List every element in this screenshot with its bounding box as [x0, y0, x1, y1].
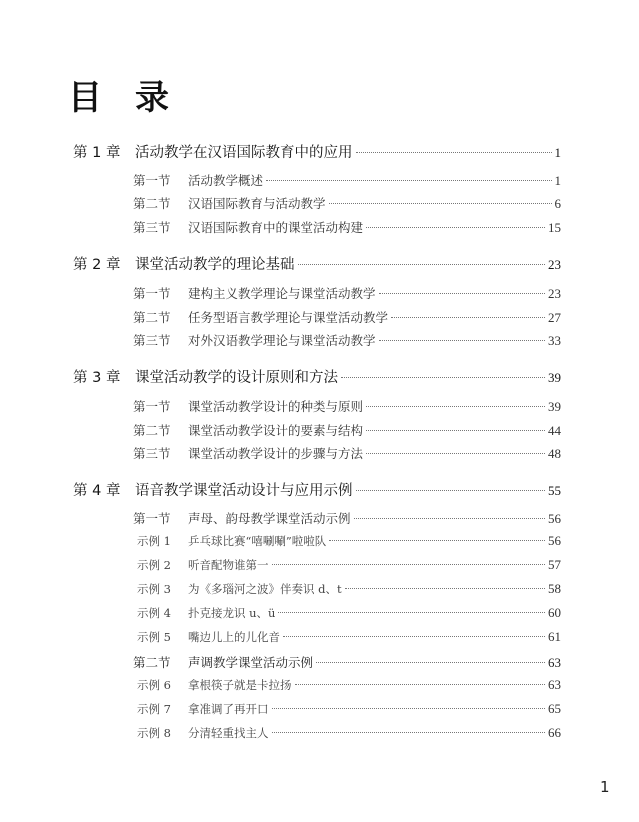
toc-example-entry: 示例 4扑克接龙识 u、ü60	[137, 605, 561, 621]
entry-page-number: 63	[548, 655, 561, 671]
toc-section-entry: 第二节任务型语言教学理论与课堂活动教学27	[133, 308, 561, 326]
entry-title: 课堂活动教学设计的步骤与方法	[188, 444, 363, 462]
entry-page-number: 65	[548, 701, 561, 717]
entry-title: 汉语国际教育中的课堂活动构建	[188, 218, 363, 236]
entry-title: 声母、韵母教学课堂活动示例	[188, 509, 351, 527]
entry-page-number: 66	[548, 725, 561, 741]
entry-page-number: 23	[548, 286, 561, 302]
entry-number: 第三节	[133, 218, 188, 236]
entry-page-number: 58	[548, 581, 561, 597]
entry-page-number: 48	[548, 446, 561, 462]
entry-number: 第 3 章	[73, 366, 135, 387]
toc-section-entry: 第二节汉语国际教育与活动教学6	[133, 194, 561, 212]
title-char-mu: 目	[68, 70, 102, 119]
toc-example-entry: 示例 3为《多瑙河之波》伴奏识 d、t58	[137, 581, 561, 597]
entry-title: 课堂活动教学的理论基础	[135, 253, 295, 274]
entry-number: 示例 7	[137, 701, 188, 717]
dot-leader	[341, 377, 545, 378]
toc-section-entry: 第三节对外汉语教学理论与课堂活动教学33	[133, 331, 561, 349]
toc-example-entry: 示例 6拿根筷子就是卡拉扬63	[137, 677, 561, 693]
toc-section-entry: 第一节活动教学概述1	[133, 171, 561, 189]
dot-leader	[295, 684, 546, 685]
entry-page-number: 55	[548, 483, 561, 499]
entry-title: 语音教学课堂活动设计与应用示例	[135, 479, 353, 500]
entry-number: 示例 5	[137, 629, 188, 645]
entry-number: 第二节	[133, 653, 188, 671]
entry-title: 课堂活动教学设计的种类与原则	[188, 397, 363, 415]
entry-number: 示例 2	[137, 557, 188, 573]
entry-number: 第 1 章	[73, 141, 135, 162]
dot-leader	[345, 588, 545, 589]
dot-leader	[379, 340, 545, 341]
entry-title: 建构主义教学理论与课堂活动教学	[188, 284, 376, 302]
dot-leader	[329, 203, 552, 204]
toc-example-entry: 示例 7拿准调了再开口65	[137, 701, 561, 717]
entry-page-number: 44	[548, 423, 561, 439]
toc-section-entry: 第一节课堂活动教学设计的种类与原则39	[133, 397, 561, 415]
entry-page-number: 39	[548, 370, 561, 386]
entry-title: 活动教学在汉语国际教育中的应用	[135, 141, 353, 162]
entry-number: 第一节	[133, 171, 188, 189]
entry-title: 任务型语言教学理论与课堂活动教学	[188, 308, 388, 326]
entry-number: 第 2 章	[73, 253, 135, 274]
toc-chapter-entry: 第 2 章课堂活动教学的理论基础23	[73, 253, 561, 274]
toc-chapter-entry: 第 3 章课堂活动教学的设计原则和方法39	[73, 366, 561, 387]
entry-page-number: 15	[548, 220, 561, 236]
entry-number: 第二节	[133, 421, 188, 439]
dot-leader	[298, 264, 546, 265]
entry-page-number: 61	[548, 629, 561, 645]
title-char-lu: 录	[135, 70, 169, 119]
entry-title: 对外汉语教学理论与课堂活动教学	[188, 331, 376, 349]
entry-page-number: 56	[548, 511, 561, 527]
entry-page-number: 56	[548, 533, 561, 549]
entry-page-number: 63	[548, 677, 561, 693]
entry-number: 示例 1	[137, 533, 188, 549]
entry-page-number: 1	[555, 145, 562, 161]
entry-number: 第一节	[133, 284, 188, 302]
entry-page-number: 1	[555, 173, 562, 189]
dot-leader	[366, 430, 545, 431]
entry-title: 乒乓球比赛“嘻唰唰”啦啦队	[188, 533, 326, 549]
entry-page-number: 27	[548, 310, 561, 326]
entry-page-number: 23	[548, 257, 561, 273]
entry-page-number: 57	[548, 557, 561, 573]
toc-chapter-entry: 第 1 章活动教学在汉语国际教育中的应用1	[73, 141, 561, 162]
toc-section-entry: 第一节建构主义教学理论与课堂活动教学23	[133, 284, 561, 302]
entry-page-number: 33	[548, 333, 561, 349]
dot-leader	[391, 317, 545, 318]
entry-title: 扑克接龙识 u、ü	[188, 605, 275, 621]
entry-number: 示例 3	[137, 581, 188, 597]
toc-chapter-entry: 第 4 章语音教学课堂活动设计与应用示例55	[73, 479, 561, 500]
dot-leader	[356, 490, 546, 491]
entry-page-number: 60	[548, 605, 561, 621]
dot-leader	[366, 453, 545, 454]
entry-title: 拿根筷子就是卡拉扬	[188, 677, 292, 693]
toc-section-entry: 第二节声调教学课堂活动示例63	[133, 653, 561, 671]
dot-leader	[272, 708, 546, 709]
dot-leader	[329, 540, 545, 541]
toc-section-entry: 第三节汉语国际教育中的课堂活动构建15	[133, 218, 561, 236]
entry-number: 第一节	[133, 509, 188, 527]
entry-page-number: 39	[548, 399, 561, 415]
entry-number: 第二节	[133, 308, 188, 326]
entry-page-number: 6	[555, 196, 562, 212]
entry-title: 为《多瑙河之波》伴奏识 d、t	[188, 581, 342, 597]
toc-example-entry: 示例 5嘴边儿上的儿化音61	[137, 629, 561, 645]
dot-leader	[272, 564, 546, 565]
entry-title: 听音配物谁第一	[188, 557, 269, 573]
entry-title: 分清轻重找主人	[188, 725, 269, 741]
entry-number: 示例 8	[137, 725, 188, 741]
toc-example-entry: 示例 8分清轻重找主人66	[137, 725, 561, 741]
entry-title: 汉语国际教育与活动教学	[188, 194, 326, 212]
entry-number: 示例 6	[137, 677, 188, 693]
entry-title: 活动教学概述	[188, 171, 263, 189]
dot-leader	[366, 227, 545, 228]
entry-title: 课堂活动教学的设计原则和方法	[135, 366, 338, 387]
toc-section-entry: 第二节课堂活动教学设计的要素与结构44	[133, 421, 561, 439]
entry-title: 拿准调了再开口	[188, 701, 269, 717]
dot-leader	[278, 612, 545, 613]
entry-title: 声调教学课堂活动示例	[188, 653, 313, 671]
dot-leader	[354, 518, 545, 519]
entry-number: 第一节	[133, 397, 188, 415]
dot-leader	[272, 732, 546, 733]
dot-leader	[266, 180, 551, 181]
entry-number: 第二节	[133, 194, 188, 212]
entry-number: 第三节	[133, 444, 188, 462]
entry-number: 第 4 章	[73, 479, 135, 500]
toc-example-entry: 示例 1乒乓球比赛“嘻唰唰”啦啦队56	[137, 533, 561, 549]
toc-example-entry: 示例 2听音配物谁第一57	[137, 557, 561, 573]
toc-section-entry: 第三节课堂活动教学设计的步骤与方法48	[133, 444, 561, 462]
dot-leader	[356, 152, 552, 153]
entry-title: 课堂活动教学设计的要素与结构	[188, 421, 363, 439]
entry-number: 第三节	[133, 331, 188, 349]
dot-leader	[283, 636, 545, 637]
page-number: 1	[600, 778, 610, 796]
dot-leader	[366, 406, 545, 407]
entry-number: 示例 4	[137, 605, 188, 621]
entry-title: 嘴边儿上的儿化音	[188, 629, 280, 645]
dot-leader	[316, 662, 545, 663]
toc-section-entry: 第一节声母、韵母教学课堂活动示例56	[133, 509, 561, 527]
dot-leader	[379, 293, 545, 294]
